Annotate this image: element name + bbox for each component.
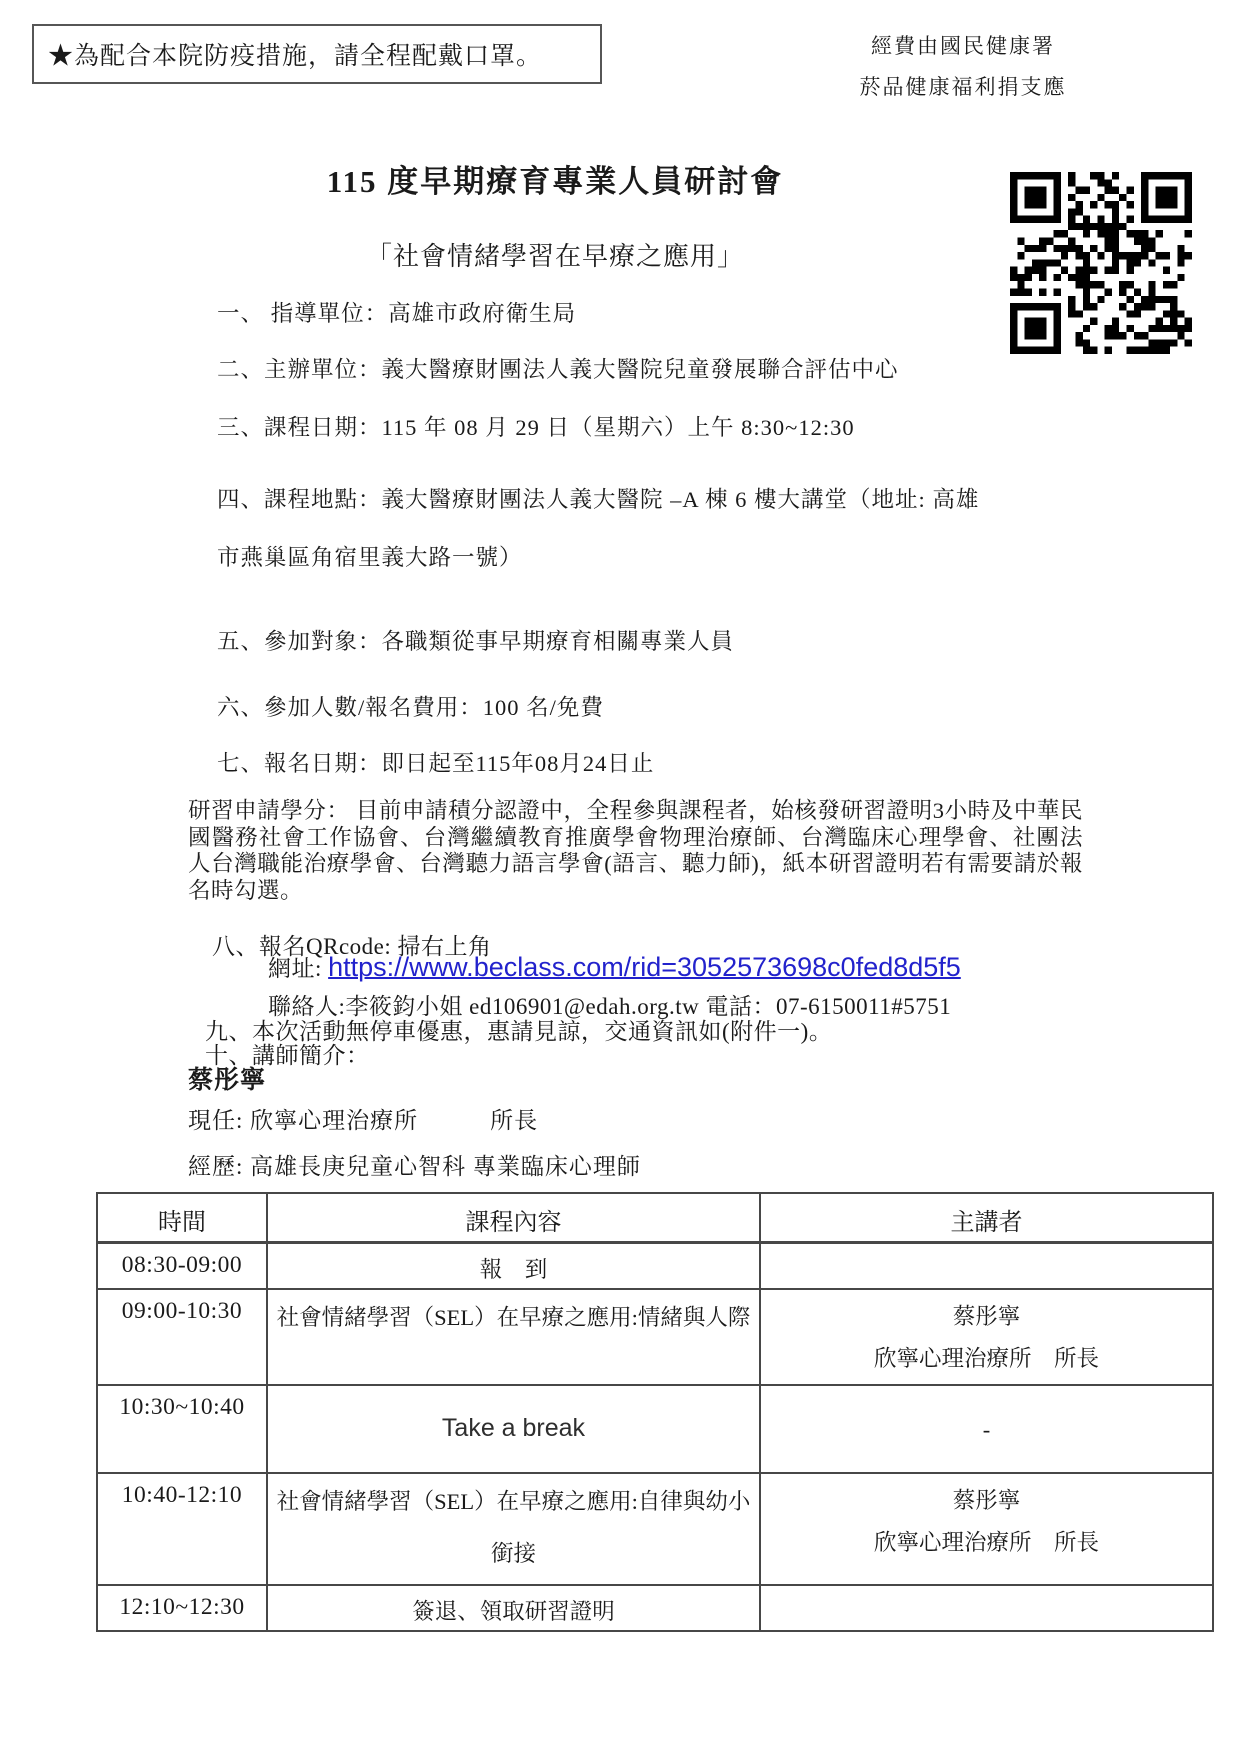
funding-line-2: 菸品健康福利捐支應: [856, 67, 1070, 108]
schedule-header-row: 時間 課程內容 主講者: [97, 1193, 1213, 1243]
table-row-checkin: 08:30-09:00 報 到: [97, 1243, 1213, 1290]
registration-qr-code: [1008, 172, 1194, 354]
info-item-target-audience: 五、參加對象：各職類從事早期療育相關專業人員: [217, 624, 734, 656]
speaker-cell: -: [760, 1385, 1213, 1473]
info-item-registration-deadline: 七、報名日期：即日起至115年08月24日止: [217, 746, 654, 778]
registration-url-line: 網址: https://www.beclass.com/rid=30525736…: [268, 950, 961, 983]
table-row-break: 10:30~10:40 Take a break -: [97, 1385, 1213, 1473]
page-subtitle: 「社會情緒學習在早療之應用」: [85, 236, 1025, 273]
schedule-table: 時間 課程內容 主講者 08:30-09:00 報 到 09:00-10:30 …: [96, 1192, 1214, 1632]
info-item-organizer: 二、主辦單位：義大醫療財團法人義大醫院兒童發展聯合評估中心: [217, 352, 899, 384]
info-item-course-date: 三、課程日期：115 年 08 月 29 日（星期六）上午 8:30~12:30: [217, 410, 855, 442]
lecturer-experience: 經歷: 高雄長庚兒童心智科 專業臨床心理師: [188, 1148, 641, 1181]
content-cell: 簽退、領取研習證明: [267, 1585, 760, 1631]
lecturer-current-position: 現任: 欣寧心理治療所 所長: [188, 1102, 538, 1135]
url-label: 網址:: [268, 956, 328, 981]
column-header-speaker: 主講者: [760, 1193, 1213, 1243]
time-cell: 09:00-10:30: [97, 1289, 267, 1385]
mask-notice-box: ★為配合本院防疫措施，請全程配戴口罩。: [32, 24, 602, 84]
time-cell: 10:30~10:40: [97, 1385, 267, 1473]
registration-link[interactable]: https://www.beclass.com/rid=3052573698c0…: [328, 952, 961, 982]
content-cell: 報 到: [267, 1243, 760, 1290]
content-cell: 社會情緒學習（SEL）在早療之應用:情緒與人際: [267, 1289, 760, 1385]
column-header-time: 時間: [97, 1193, 267, 1243]
info-item-capacity-fee: 六、參加人數/報名費用：100 名/免費: [217, 690, 604, 722]
speaker-cell: [760, 1585, 1213, 1631]
lecturer-name: 蔡彤寧: [188, 1060, 266, 1096]
info-item-location-line1: 四、課程地點：義大醫療財團法人義大醫院 –A 棟 6 樓大講堂（地址: 高雄: [217, 482, 979, 514]
document-page: ★為配合本院防疫措施，請全程配戴口罩。 經費由國民健康署 菸品健康福利捐支應 1…: [0, 0, 1241, 1755]
time-cell: 10:40-12:10: [97, 1473, 267, 1585]
info-item-supervisor: 一、 指導單位：高雄市政府衛生局: [217, 296, 576, 328]
info-item-location-line2: 市燕巢區角宿里義大路一號）: [217, 540, 523, 572]
speaker-cell: 蔡彤寧 欣寧心理治療所 所長: [760, 1289, 1213, 1385]
funding-note: 經費由國民健康署 菸品健康福利捐支應: [856, 26, 1070, 108]
funding-line-1: 經費由國民健康署: [856, 26, 1070, 67]
time-cell: 12:10~12:30: [97, 1585, 267, 1631]
column-header-content: 課程內容: [267, 1193, 760, 1243]
table-row-checkout: 12:10~12:30 簽退、領取研習證明: [97, 1585, 1213, 1631]
mask-notice-text: ★為配合本院防疫措施，請全程配戴口罩。: [48, 36, 542, 72]
credits-paragraph: 研習申請學分： 目前申請積分認證中，全程參與課程者，始核發研習證明3小時及中華民…: [188, 798, 1083, 904]
content-cell: Take a break: [267, 1385, 760, 1473]
speaker-cell: 蔡彤寧 欣寧心理治療所 所長: [760, 1473, 1213, 1585]
time-cell: 08:30-09:00: [97, 1243, 267, 1290]
content-cell: 社會情緒學習（SEL）在早療之應用:自律與幼小銜接: [267, 1473, 760, 1585]
page-title: 115 度早期療育專業人員研討會: [85, 156, 1025, 201]
speaker-cell: [760, 1243, 1213, 1290]
table-row-session2: 10:40-12:10 社會情緒學習（SEL）在早療之應用:自律與幼小銜接 蔡彤…: [97, 1473, 1213, 1585]
table-row-session1: 09:00-10:30 社會情緒學習（SEL）在早療之應用:情緒與人際 蔡彤寧 …: [97, 1289, 1213, 1385]
